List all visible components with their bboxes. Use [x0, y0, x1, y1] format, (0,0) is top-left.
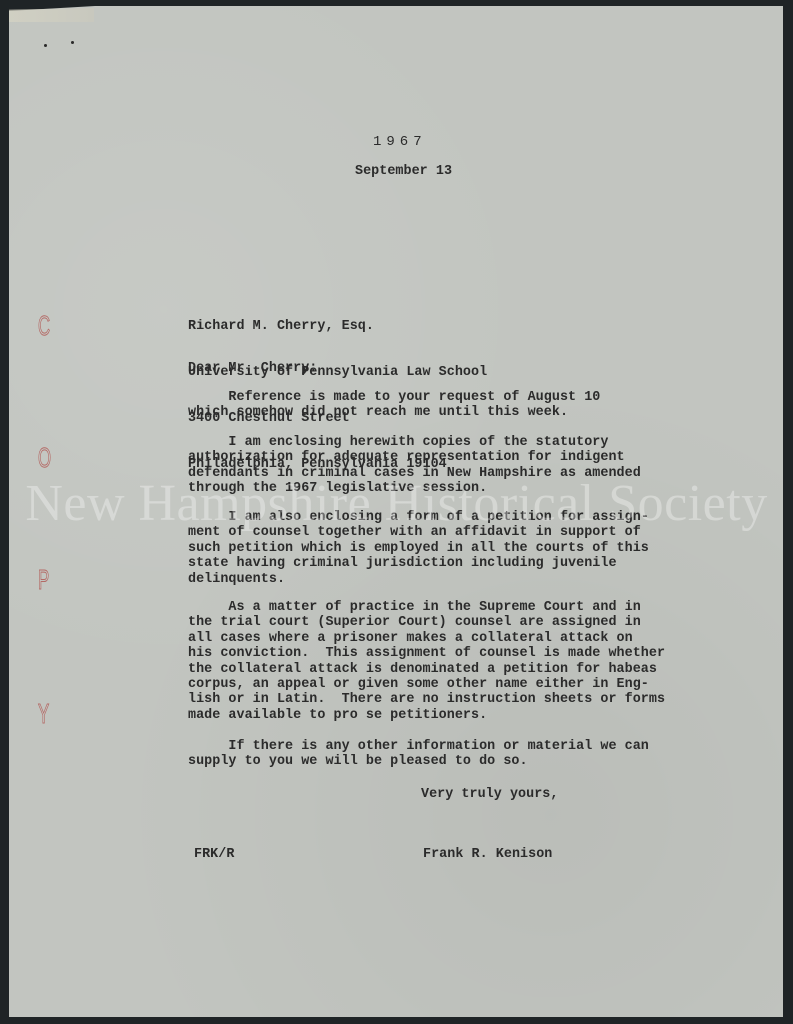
- closing: Very truly yours,: [421, 787, 558, 802]
- body-paragraph: Reference is made to your request of Aug…: [188, 390, 600, 421]
- letter-date: September 13: [355, 164, 452, 179]
- address-line-name: Richard M. Cherry, Esq.: [188, 319, 487, 334]
- stamp-letter-y: Y: [38, 698, 49, 730]
- typist-initials: FRK/R: [194, 847, 234, 862]
- salutation: Dear Mr. Cherry:: [188, 361, 317, 376]
- stamp-letter-o: O: [38, 442, 51, 474]
- stamp-letter-c: C: [38, 310, 50, 342]
- signature-name: Frank R. Kenison: [423, 847, 552, 862]
- body-paragraph: As a matter of practice in the Supreme C…: [188, 600, 665, 723]
- paper-speck: [44, 44, 47, 47]
- stamp-letter-p: P: [38, 564, 49, 596]
- folded-corner: [9, 8, 94, 22]
- body-paragraph: If there is any other information or mat…: [188, 739, 649, 770]
- body-paragraph: I am also enclosing a form of a petition…: [188, 510, 649, 587]
- body-paragraph: I am enclosing herewith copies of the st…: [188, 435, 641, 497]
- letter-year: 1967: [373, 135, 427, 150]
- paper-speck: [71, 41, 74, 44]
